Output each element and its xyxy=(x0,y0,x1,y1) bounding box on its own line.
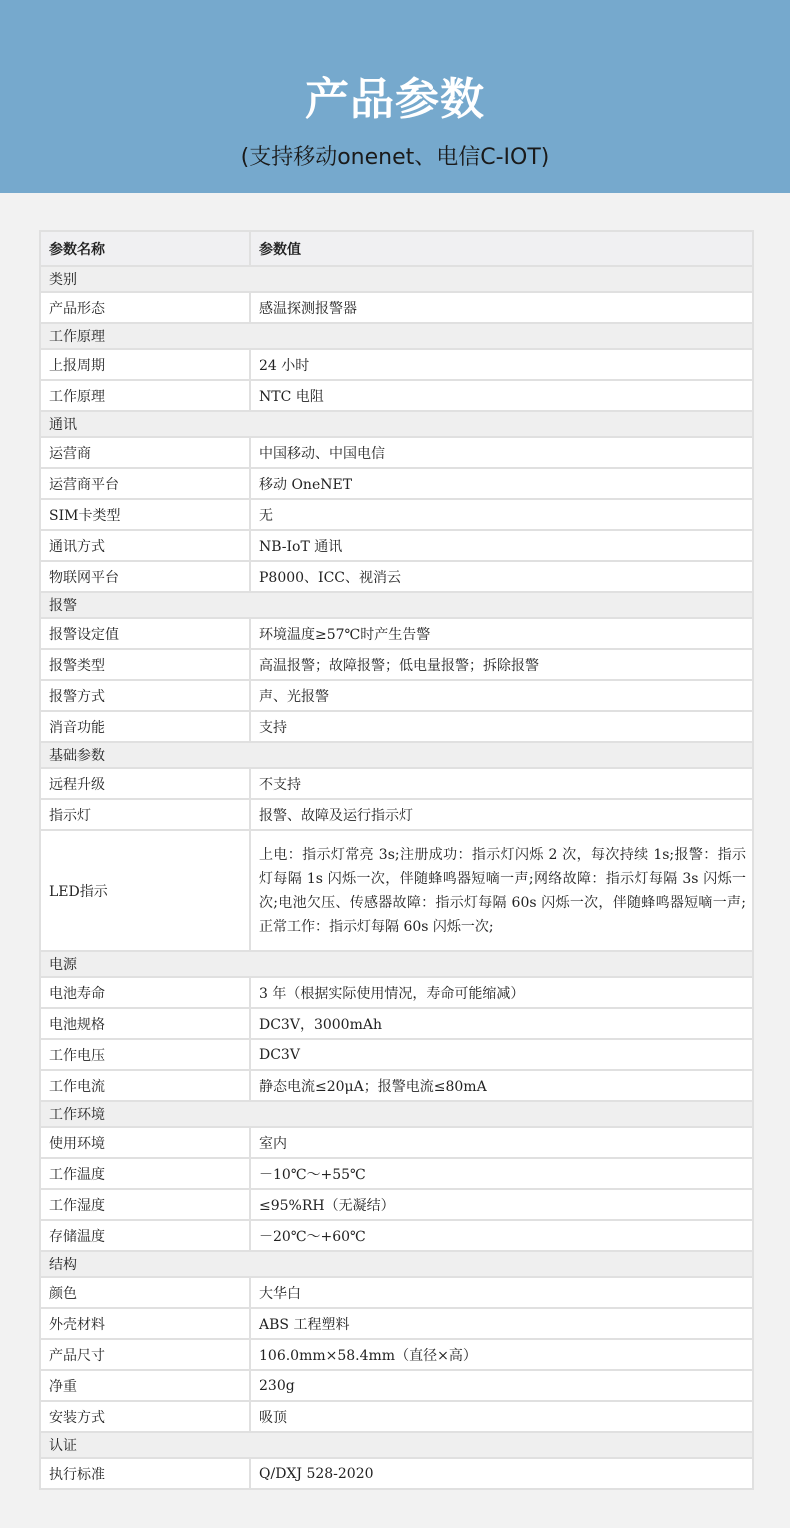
param-name: 运营商 xyxy=(40,437,250,468)
param-name: 工作电压 xyxy=(40,1039,250,1070)
param-value: 移动 OneNET xyxy=(250,468,753,499)
param-name: SIM卡类型 xyxy=(40,499,250,530)
param-value: Q/DXJ 528-2020 xyxy=(250,1458,753,1489)
table-row: 工作温度－10℃～+55℃ xyxy=(40,1158,753,1189)
table-row: 产品尺寸106.0mm×58.4mm（直径×高） xyxy=(40,1339,753,1370)
table-header-row: 参数名称 参数值 xyxy=(40,231,753,266)
page-title: 产品参数 xyxy=(0,70,790,130)
table-row: 工作湿度≤95%RH（无凝结） xyxy=(40,1189,753,1220)
param-name: 报警设定值 xyxy=(40,618,250,649)
param-value: 无 xyxy=(250,499,753,530)
table-row: 报警方式声、光报警 xyxy=(40,680,753,711)
section-row: 通讯 xyxy=(40,411,753,437)
param-value: 230g xyxy=(250,1370,753,1401)
param-value: －10℃～+55℃ xyxy=(250,1158,753,1189)
param-value: 静态电流≤20μA；报警电流≤80mA xyxy=(250,1070,753,1101)
table-row: 工作电流静态电流≤20μA；报警电流≤80mA xyxy=(40,1070,753,1101)
param-value: ABS 工程塑料 xyxy=(250,1308,753,1339)
param-value: 中国移动、中国电信 xyxy=(250,437,753,468)
section-row: 结构 xyxy=(40,1251,753,1277)
section-title: 工作环境 xyxy=(40,1101,753,1127)
param-name: 报警方式 xyxy=(40,680,250,711)
param-value: 声、光报警 xyxy=(250,680,753,711)
param-value: ≤95%RH（无凝结） xyxy=(250,1189,753,1220)
spec-table-container: 参数名称 参数值 类别 产品形态感温探测报警器 工作原理 上报周期24 小时 工… xyxy=(39,230,752,1490)
table-row: 电池寿命3 年（根据实际使用情况，寿命可能缩减） xyxy=(40,977,753,1008)
param-name: 工作电流 xyxy=(40,1070,250,1101)
param-value: DC3V xyxy=(250,1039,753,1070)
section-title: 工作原理 xyxy=(40,323,753,349)
param-value: 吸顶 xyxy=(250,1401,753,1432)
param-name: 使用环境 xyxy=(40,1127,250,1158)
section-row: 工作原理 xyxy=(40,323,753,349)
param-value: NTC 电阻 xyxy=(250,380,753,411)
param-name: 电池规格 xyxy=(40,1008,250,1039)
param-name: 运营商平台 xyxy=(40,468,250,499)
param-name: 工作原理 xyxy=(40,380,250,411)
table-row: 电池规格DC3V，3000mAh xyxy=(40,1008,753,1039)
param-value: P8000、ICC、视消云 xyxy=(250,561,753,592)
section-title: 基础参数 xyxy=(40,742,753,768)
table-row: 报警设定值环境温度≥57℃时产生告警 xyxy=(40,618,753,649)
param-value: 环境温度≥57℃时产生告警 xyxy=(250,618,753,649)
param-name: 物联网平台 xyxy=(40,561,250,592)
param-name: 报警类型 xyxy=(40,649,250,680)
section-row: 类别 xyxy=(40,266,753,292)
param-value: DC3V，3000mAh xyxy=(250,1008,753,1039)
table-row: 指示灯报警、故障及运行指示灯 xyxy=(40,799,753,830)
param-value: 报警、故障及运行指示灯 xyxy=(250,799,753,830)
param-name: 执行标准 xyxy=(40,1458,250,1489)
table-row: 产品形态感温探测报警器 xyxy=(40,292,753,323)
param-name: 产品形态 xyxy=(40,292,250,323)
param-value: 24 小时 xyxy=(250,349,753,380)
table-row: 净重230g xyxy=(40,1370,753,1401)
param-value: NB-IoT 通讯 xyxy=(250,530,753,561)
table-row: 安装方式吸顶 xyxy=(40,1401,753,1432)
param-name: 消音功能 xyxy=(40,711,250,742)
table-row: 运营商平台移动 OneNET xyxy=(40,468,753,499)
param-value: －20℃～+60℃ xyxy=(250,1220,753,1251)
param-name: 通讯方式 xyxy=(40,530,250,561)
section-row: 电源 xyxy=(40,951,753,977)
param-value: 不支持 xyxy=(250,768,753,799)
table-row: 物联网平台P8000、ICC、视消云 xyxy=(40,561,753,592)
table-row: 执行标准Q/DXJ 528-2020 xyxy=(40,1458,753,1489)
param-name: 安装方式 xyxy=(40,1401,250,1432)
header-banner: 产品参数 (支持移动onenet、电信C-IOT) xyxy=(0,0,790,193)
section-title: 电源 xyxy=(40,951,753,977)
table-row: 运营商中国移动、中国电信 xyxy=(40,437,753,468)
param-name: 电池寿命 xyxy=(40,977,250,1008)
param-name: 上报周期 xyxy=(40,349,250,380)
table-row: 远程升级不支持 xyxy=(40,768,753,799)
section-row: 报警 xyxy=(40,592,753,618)
section-row: 工作环境 xyxy=(40,1101,753,1127)
page-subtitle: (支持移动onenet、电信C-IOT) xyxy=(0,142,790,174)
section-row: 基础参数 xyxy=(40,742,753,768)
table-row: 存储温度－20℃～+60℃ xyxy=(40,1220,753,1251)
param-value: 室内 xyxy=(250,1127,753,1158)
spec-table: 参数名称 参数值 类别 产品形态感温探测报警器 工作原理 上报周期24 小时 工… xyxy=(39,230,754,1490)
table-row: 工作原理NTC 电阻 xyxy=(40,380,753,411)
param-name: 颜色 xyxy=(40,1277,250,1308)
param-value: 3 年（根据实际使用情况，寿命可能缩减） xyxy=(250,977,753,1008)
section-title: 通讯 xyxy=(40,411,753,437)
section-title: 报警 xyxy=(40,592,753,618)
table-row: 颜色大华白 xyxy=(40,1277,753,1308)
section-title: 类别 xyxy=(40,266,753,292)
param-value: 大华白 xyxy=(250,1277,753,1308)
param-name: 外壳材料 xyxy=(40,1308,250,1339)
section-title: 结构 xyxy=(40,1251,753,1277)
section-title: 认证 xyxy=(40,1432,753,1458)
param-value: 106.0mm×58.4mm（直径×高） xyxy=(250,1339,753,1370)
param-name: 存储温度 xyxy=(40,1220,250,1251)
param-value: 高温报警；故障报警；低电量报警；拆除报警 xyxy=(250,649,753,680)
param-name: LED指示 xyxy=(40,830,250,951)
param-name: 产品尺寸 xyxy=(40,1339,250,1370)
column-header-name: 参数名称 xyxy=(40,231,250,266)
table-row: 报警类型高温报警；故障报警；低电量报警；拆除报警 xyxy=(40,649,753,680)
table-row: SIM卡类型无 xyxy=(40,499,753,530)
table-row: 工作电压DC3V xyxy=(40,1039,753,1070)
param-name: 远程升级 xyxy=(40,768,250,799)
table-row: 外壳材料ABS 工程塑料 xyxy=(40,1308,753,1339)
param-value: 上电：指示灯常亮 3s;注册成功：指示灯闪烁 2 次，每次持续 1s;报警：指示… xyxy=(250,830,753,951)
column-header-value: 参数值 xyxy=(250,231,753,266)
param-name: 净重 xyxy=(40,1370,250,1401)
table-row: 通讯方式NB-IoT 通讯 xyxy=(40,530,753,561)
param-name: 工作温度 xyxy=(40,1158,250,1189)
table-row: 上报周期24 小时 xyxy=(40,349,753,380)
param-name: 工作湿度 xyxy=(40,1189,250,1220)
table-row-multiline: LED指示上电：指示灯常亮 3s;注册成功：指示灯闪烁 2 次，每次持续 1s;… xyxy=(40,830,753,951)
param-value: 感温探测报警器 xyxy=(250,292,753,323)
param-name: 指示灯 xyxy=(40,799,250,830)
table-row: 使用环境室内 xyxy=(40,1127,753,1158)
param-value: 支持 xyxy=(250,711,753,742)
section-row: 认证 xyxy=(40,1432,753,1458)
table-row: 消音功能支持 xyxy=(40,711,753,742)
